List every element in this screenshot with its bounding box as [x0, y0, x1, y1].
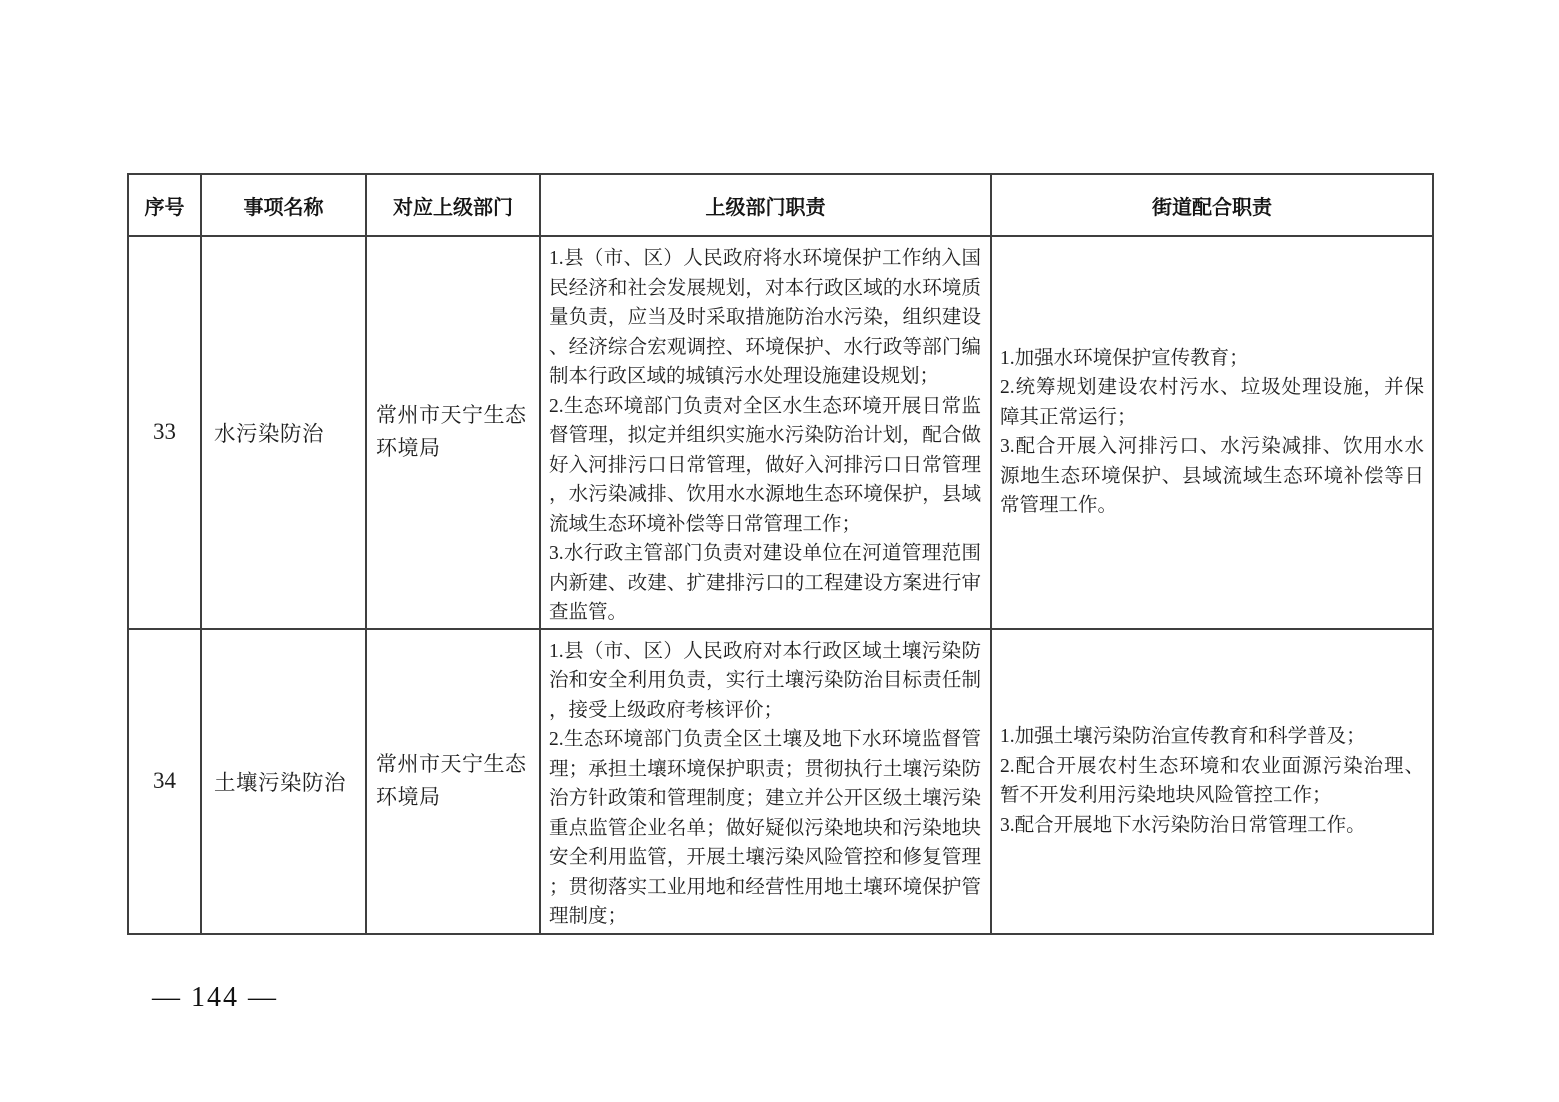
- table-header-row: 序号 事项名称 对应上级部门 上级部门职责 街道配合职责: [128, 174, 1433, 236]
- col-header-superior-duties: 上级部门职责: [540, 174, 991, 236]
- cell-street-duties: 1.加强水环境保护宣传教育； 2.统筹规划建设农村污水、垃圾处理设施，并保障其正…: [991, 236, 1433, 629]
- cell-superior-duties: 1.县（市、区）人民政府对本行政区域土壤污染防治和安全利用负责，实行土壤污染防治…: [540, 629, 991, 934]
- table-row: 34 土壤污染防治 常州市天宁生态环境局 1.县（市、区）人民政府对本行政区域土…: [128, 629, 1433, 934]
- table-row: 33 水污染防治 常州市天宁生态环境局 1.县（市、区）人民政府将水环境保护工作…: [128, 236, 1433, 629]
- responsibility-table: 序号 事项名称 对应上级部门 上级部门职责 街道配合职责 33 水污染防治 常州…: [127, 173, 1434, 935]
- cell-department: 常州市天宁生态环境局: [366, 236, 540, 629]
- cell-item-name: 水污染防治: [201, 236, 366, 629]
- cell-department: 常州市天宁生态环境局: [366, 629, 540, 934]
- street-duties-text: 1.加强土壤污染防治宣传教育和科学普及； 2.配合开展农村生态环境和农业面源污染…: [1000, 722, 1424, 840]
- col-header-department: 对应上级部门: [366, 174, 540, 236]
- superior-duties-text: 1.县（市、区）人民政府对本行政区域土壤污染防治和安全利用负责，实行土壤污染防治…: [549, 637, 981, 933]
- document-page: 序号 事项名称 对应上级部门 上级部门职责 街道配合职责 33 水污染防治 常州…: [0, 0, 1559, 1102]
- superior-duties-text: 1.县（市、区）人民政府将水环境保护工作纳入国民经济和社会发展规划，对本行政区域…: [549, 244, 981, 628]
- cell-seq-number: 34: [128, 629, 201, 934]
- street-duties-text: 1.加强水环境保护宣传教育； 2.统筹规划建设农村污水、垃圾处理设施，并保障其正…: [1000, 344, 1424, 521]
- cell-seq-number: 33: [128, 236, 201, 629]
- cell-item-name: 土壤污染防治: [201, 629, 366, 934]
- page-number: — 144 —: [152, 982, 278, 1014]
- col-header-item-name: 事项名称: [201, 174, 366, 236]
- col-header-seq: 序号: [128, 174, 201, 236]
- cell-superior-duties: 1.县（市、区）人民政府将水环境保护工作纳入国民经济和社会发展规划，对本行政区域…: [540, 236, 991, 629]
- col-header-street-duties: 街道配合职责: [991, 174, 1433, 236]
- cell-street-duties: 1.加强土壤污染防治宣传教育和科学普及； 2.配合开展农村生态环境和农业面源污染…: [991, 629, 1433, 934]
